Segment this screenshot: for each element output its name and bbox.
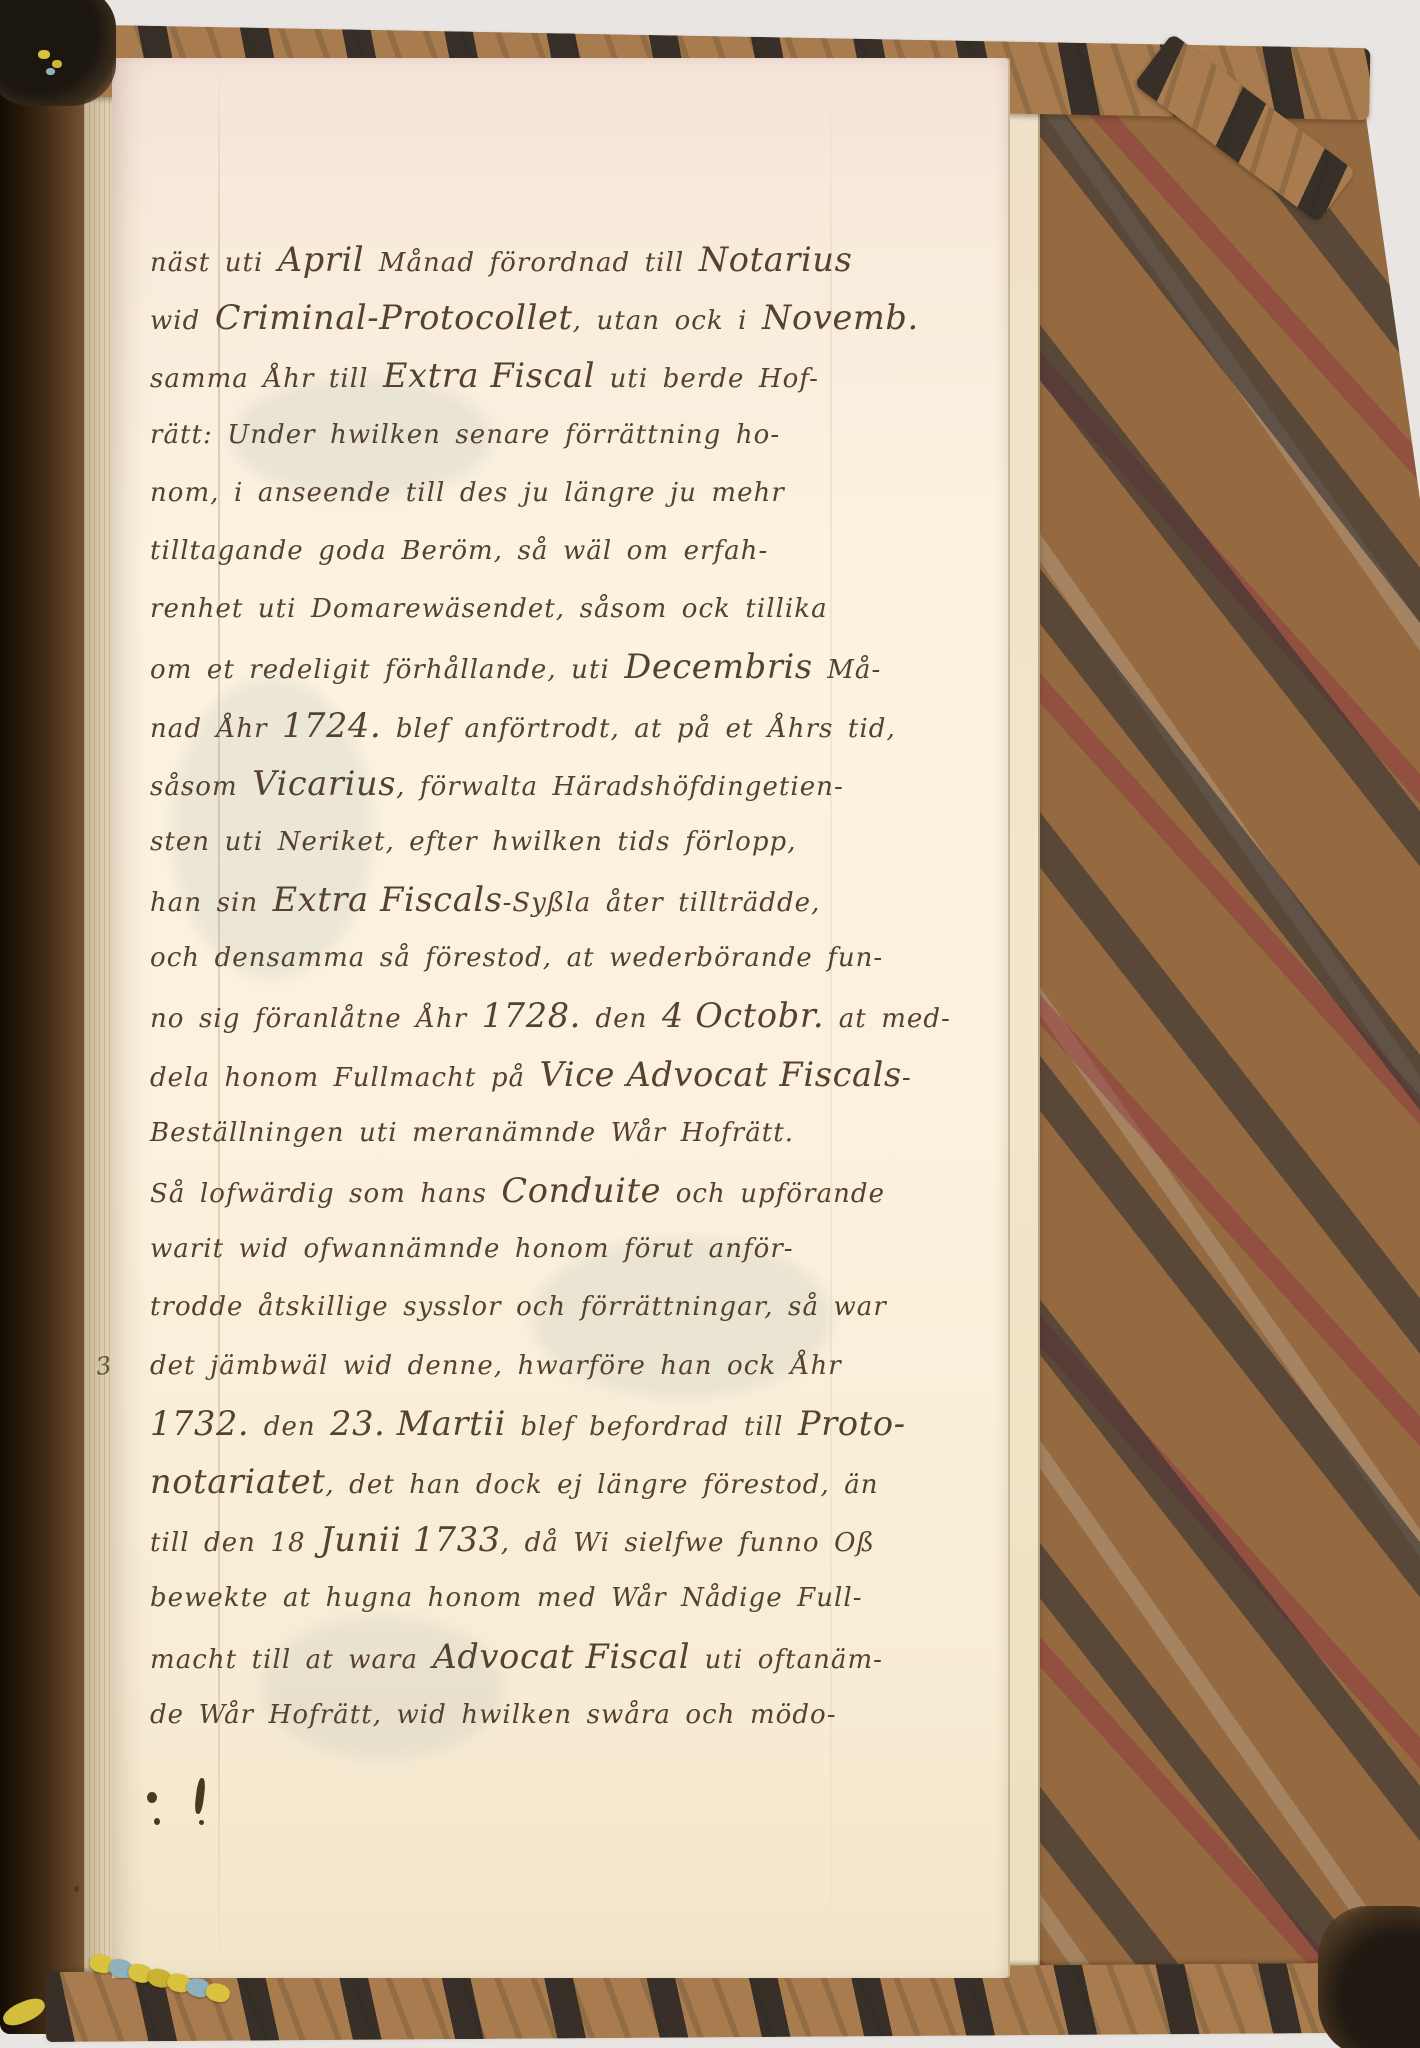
manuscript-line: trodde åtskillige sysslor och förrättnin… — [150, 1278, 880, 1336]
manuscript-segment: , det han dock ej längre förestod, än — [325, 1470, 878, 1500]
manuscript-line: näst uti April Månad förordnad till Nota… — [150, 231, 880, 289]
manuscript-line: wid Criminal-Protocollet, utan ock i Nov… — [150, 289, 880, 347]
manuscript-line: till den 18 Junii 1733, då Wi sielfwe fu… — [150, 1511, 880, 1569]
manuscript-line: sten uti Neriket, efter hwilken tids för… — [150, 813, 880, 871]
manuscript-line: notariatet, det han dock ej längre föres… — [150, 1453, 880, 1511]
manuscript-segment: Extra Fiscal — [383, 356, 595, 395]
ink-blot — [147, 1792, 157, 1803]
manuscript-segment: at med- — [824, 1004, 951, 1034]
manuscript-segment: rätt: Under hwilken senare förrättning h… — [150, 420, 780, 450]
manuscript-line: macht till at wara Advocat Fiscal uti of… — [150, 1628, 880, 1686]
manuscript-line: Beställningen uti meranämnde Wår Hofrätt… — [150, 1104, 880, 1162]
manuscript-line: Så lofwärdig som hans Conduite och upför… — [150, 1162, 880, 1220]
manuscript-segment: Advocat Fiscal — [433, 1637, 691, 1676]
manuscript-segment: - — [902, 1063, 912, 1093]
manuscript-segment: Månad förordnad till — [364, 248, 698, 278]
manuscript-segment: bewekte at hugna honom med Wår Nådige Fu… — [150, 1583, 863, 1613]
manuscript-segment: 1724. — [282, 706, 381, 745]
manuscript-line: renhet uti Domarewäsendet, såsom ock til… — [150, 580, 880, 638]
manuscript-segment: nom, i anseende till des ju längre ju me… — [150, 478, 785, 508]
manuscript-line: dela honom Fullmacht på Vice Advocat Fis… — [150, 1046, 880, 1104]
manuscript-segment: det jämbwäl wid denne, hwarföre han ock … — [150, 1351, 842, 1381]
manuscript-segment: Må- — [813, 655, 882, 685]
manuscript-segment: blef befordrad till — [506, 1412, 798, 1442]
marbled-cover-board — [995, 30, 1420, 2028]
manuscript-segment: Så lofwärdig som hans — [150, 1179, 501, 1209]
manuscript-segment: Proto- — [798, 1404, 906, 1443]
manuscript-segment: 1728. — [482, 996, 581, 1035]
manuscript-segment: 1732. — [150, 1404, 249, 1443]
book-spine-leather — [0, 18, 88, 2034]
manuscript-line: rätt: Under hwilken senare förrättning h… — [150, 406, 880, 464]
manuscript-line: bewekte at hugna honom med Wår Nådige Fu… — [150, 1569, 880, 1627]
manuscript-segment: 4 Octobr. — [662, 996, 824, 1035]
manuscript-segment: näst uti — [150, 248, 278, 278]
manuscript-segment: den — [581, 1004, 662, 1034]
manuscript-segment: -Syßla åter tillträdde, — [503, 888, 821, 918]
manuscript-segment: Decembris — [624, 647, 812, 686]
manuscript-line: warit wid ofwannämnde honom förut anför- — [150, 1220, 880, 1278]
manuscript-segment: , då Wi sielfwe funno Oß — [501, 1528, 875, 1558]
manuscript-segment: uti oftanäm- — [690, 1645, 883, 1675]
manuscript-segment: och upförande — [661, 1179, 885, 1209]
manuscript-segment: April — [278, 240, 364, 279]
ink-speck — [74, 1886, 79, 1892]
manuscript-segment: Novemb. — [762, 298, 919, 337]
manuscript-segment: Junii 1733 — [320, 1520, 501, 1559]
manuscript-segment: , utan ock i — [573, 306, 762, 336]
manuscript-line: samma Åhr till Extra Fiscal uti berde Ho… — [150, 347, 880, 405]
ink-blot — [199, 1820, 204, 1825]
manuscript-segment: no sig föranlåtne Åhr — [150, 1004, 482, 1034]
corner-bottom-right-leather — [1318, 1906, 1420, 2048]
manuscript-segment: , förwalta Häradshöfdingetien- — [396, 772, 844, 802]
manuscript-segment: notariatet — [150, 1462, 325, 1501]
manuscript-line: det jämbwäl wid denne, hwarföre han ock … — [150, 1337, 880, 1395]
manuscript-segment: Conduite — [501, 1171, 661, 1210]
manuscript-segment: sten uti Neriket, efter hwilken tids för… — [150, 827, 797, 857]
manuscript-segment: macht till at wara — [150, 1645, 433, 1675]
manuscript-line: nad Åhr 1724. blef anförtrodt, at på et … — [150, 697, 880, 755]
manuscript-segment: samma Åhr till — [150, 364, 383, 394]
manuscript-segment: blef anförtrodt, at på et Åhrs tid, — [381, 714, 895, 744]
manuscript-segment: trodde åtskillige sysslor och förrättnin… — [150, 1292, 887, 1322]
manuscript-line: såsom Vicarius, förwalta Häradshöfdinget… — [150, 755, 880, 813]
manuscript-text: näst uti April Månad förordnad till Nota… — [150, 231, 880, 1744]
manuscript-segment: tilltagande goda Beröm, så wäl om erfah- — [150, 536, 768, 566]
manuscript-segment: renhet uti Domarewäsendet, såsom ock til… — [150, 594, 828, 624]
manuscript-segment: Notarius — [699, 240, 853, 279]
manuscript-segment: han sin — [150, 888, 273, 918]
scanned-manuscript-photo: { "manuscript": { "margin_mark": "3", "l… — [0, 0, 1420, 2048]
manuscript-line: no sig föranlåtne Åhr 1728. den 4 Octobr… — [150, 987, 880, 1045]
manuscript-segment: till den 18 — [150, 1528, 320, 1558]
endband-thread-top — [46, 68, 55, 75]
manuscript-segment: Vicarius — [252, 764, 396, 803]
manuscript-segment: warit wid ofwannämnde honom förut anför- — [150, 1234, 794, 1264]
manuscript-segment: den — [249, 1412, 330, 1442]
manuscript-segment: wid — [150, 306, 215, 336]
ink-blot — [154, 1818, 160, 1825]
manuscript-segment: Extra Fiscals — [273, 880, 503, 919]
manuscript-line: och densamma så förestod, at wederbörand… — [150, 929, 880, 987]
manuscript-segment: de Wår Hofrätt, wid hwilken swåra och mö… — [150, 1700, 837, 1730]
manuscript-segment: uti berde Hof- — [595, 364, 819, 394]
manuscript-line: om et redeligit förhållande, uti Decembr… — [150, 638, 880, 696]
manuscript-line: 1732. den 23. Martii blef befordrad till… — [150, 1395, 880, 1453]
manuscript-segment: Vice Advocat Fiscals — [540, 1055, 902, 1094]
manuscript-line: de Wår Hofrätt, wid hwilken swåra och mö… — [150, 1686, 880, 1744]
corner-top-left-leather — [0, 0, 116, 106]
manuscript-line: han sin Extra Fiscals-Syßla åter tillträ… — [150, 871, 880, 929]
manuscript-segment: 23. Martii — [330, 1404, 506, 1443]
manuscript-segment: Criminal-Protocollet — [215, 298, 573, 337]
manuscript-segment: såsom — [150, 772, 252, 802]
endband-thread-top — [38, 50, 50, 59]
manuscript-line: nom, i anseende till des ju längre ju me… — [150, 464, 880, 522]
manuscript-segment: Beställningen uti meranämnde Wår Hofrätt… — [150, 1118, 794, 1148]
endband-thread-top — [52, 60, 62, 68]
manuscript-segment: och densamma så förestod, at wederbörand… — [150, 943, 883, 973]
manuscript-segment: om et redeligit förhållande, uti — [150, 655, 624, 685]
manuscript-line: tilltagande goda Beröm, så wäl om erfah- — [150, 522, 880, 580]
manuscript-segment: nad Åhr — [150, 714, 282, 744]
manuscript-segment: dela honom Fullmacht på — [150, 1063, 540, 1093]
